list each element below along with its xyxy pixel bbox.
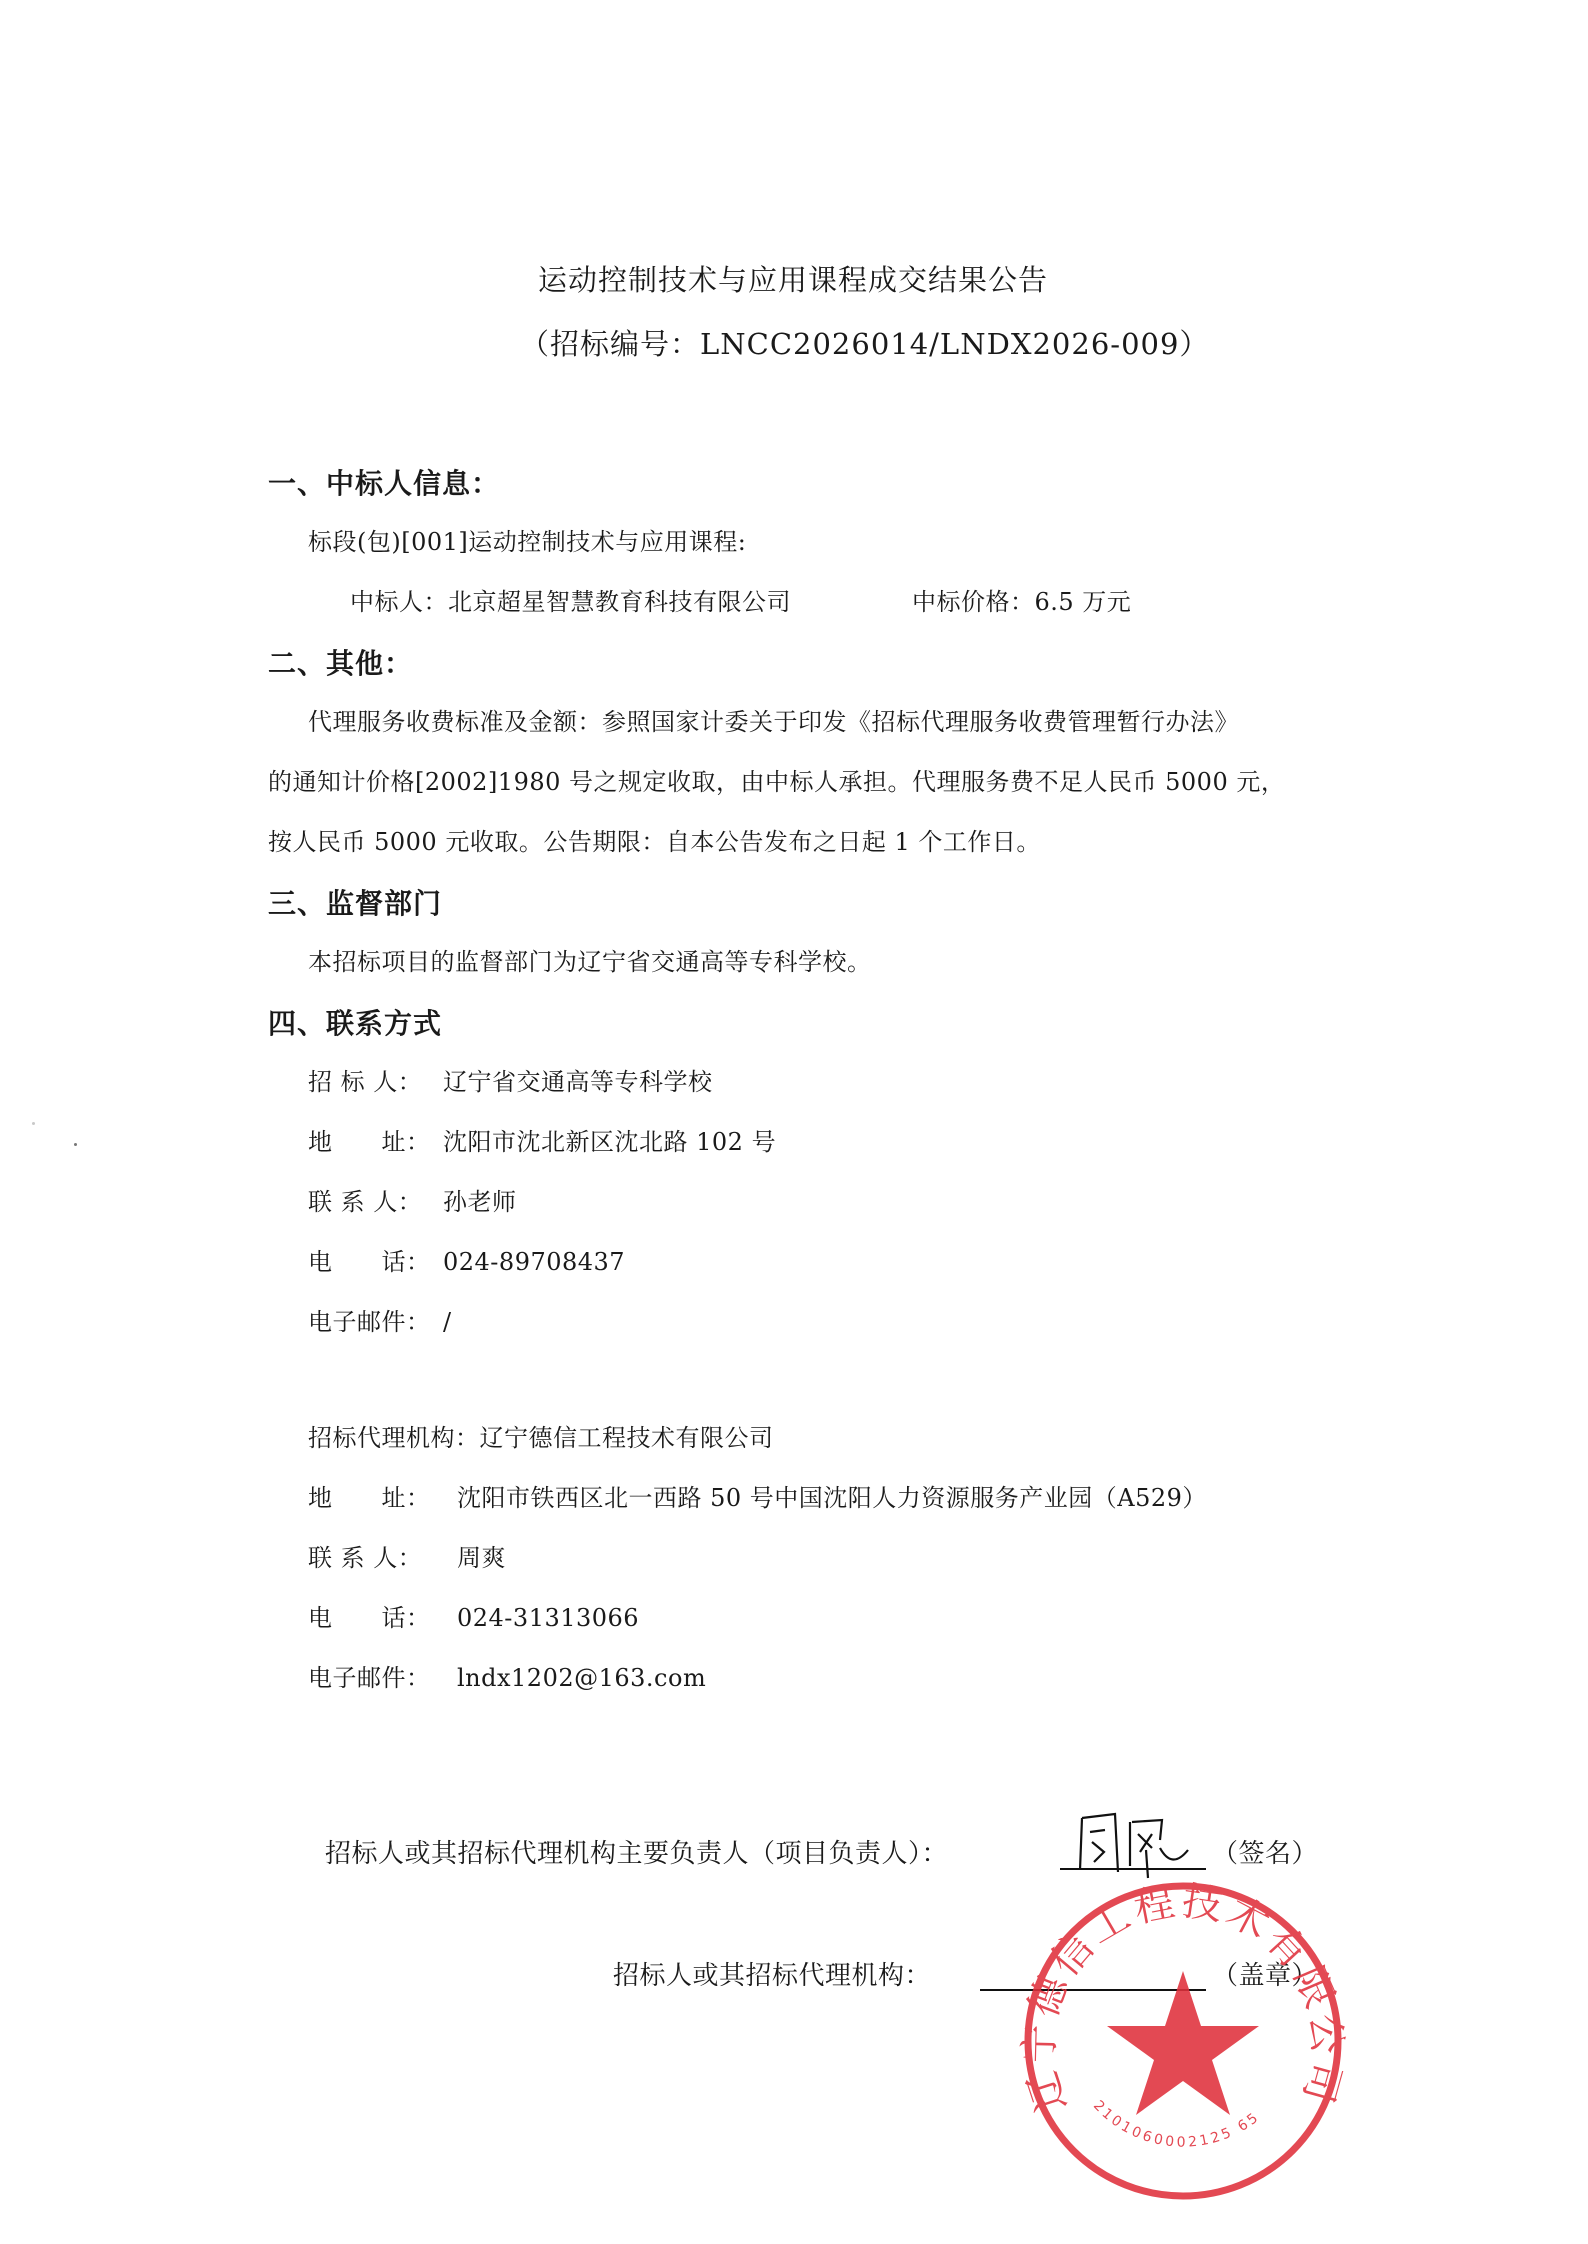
phone-label: 电 话： — [308, 1242, 443, 1277]
agency-address-value: 沈阳市铁西区北一西路 50 号中国沈阳人力资源服务产业园（A529） — [457, 1484, 1207, 1512]
agency-contact-row: 联 系 人：周爽 — [308, 1538, 506, 1573]
section-heading-contact: 四、联系方式 — [268, 1002, 442, 1042]
agency-row: 招标代理机构：辽宁德信工程技术有限公司 — [308, 1418, 774, 1453]
tender-number: （招标编号：LNCC2026014/LNDX2026-009） — [520, 322, 1209, 363]
agency-address-row: 地 址：沈阳市铁西区北一西路 50 号中国沈阳人力资源服务产业园（A529） — [308, 1478, 1207, 1513]
fee-text-line-3: 按人民币 5000 元收取。公告期限：自本公告发布之日起 1 个工作日。 — [268, 822, 1041, 857]
agency-email-label: 电子邮件： — [308, 1658, 457, 1693]
tenderer-value: 辽宁省交通高等专科学校 — [443, 1068, 713, 1096]
agency-phone-row: 电 话：024-31313066 — [308, 1598, 639, 1633]
svg-text:2101060002125 65: 2101060002125 65 — [1090, 2098, 1263, 2151]
section-heading-winner: 一、中标人信息： — [268, 462, 500, 502]
seal-number: 2101060002125 65 — [1090, 2098, 1263, 2151]
scan-speck — [74, 1143, 77, 1146]
tenderer-contact-row: 联 系 人：孙老师 — [308, 1182, 517, 1217]
contact-label: 联 系 人： — [308, 1182, 443, 1217]
winner-row: 中标人：北京超星智慧教育科技有限公司 — [350, 582, 791, 617]
scan-speck — [32, 1122, 35, 1125]
company-seal-icon: 辽宁德信工程技术有限公司 2101060002125 65 — [1018, 1876, 1348, 2206]
email-label: 电子邮件： — [308, 1302, 443, 1337]
signature-suffix: （签名） — [1212, 1833, 1318, 1870]
winner-value: 北京超星智慧教育科技有限公司 — [448, 588, 791, 616]
winner-label: 中标人： — [350, 588, 448, 616]
price-label: 中标价格： — [912, 588, 1035, 616]
agency-value: 辽宁德信工程技术有限公司 — [480, 1424, 774, 1452]
tenderer-address-row: 地 址：沈阳市沈北新区沈北路 102 号 — [308, 1122, 776, 1157]
agency-label: 招标代理机构： — [308, 1424, 480, 1452]
fee-text-line-2: 的通知计价格[2002]1980 号之规定收取，由中标人承担。代理服务费不足人民… — [268, 762, 1285, 797]
price-row: 中标价格：6.5 万元 — [912, 582, 1131, 617]
signature-label: 招标人或其招标代理机构主要负责人（项目负责人）： — [325, 1833, 948, 1870]
tenderer-email-row: 电子邮件：/ — [308, 1302, 452, 1337]
tenderer-row: 招 标 人：辽宁省交通高等专科学校 — [308, 1062, 713, 1097]
lot-info: 标段(包)[001]运动控制技术与应用课程: — [308, 522, 746, 557]
agency-email-value: lndx1202@163.com — [457, 1664, 706, 1692]
agency-address-label: 地 址： — [308, 1478, 457, 1513]
fee-text-line-1: 代理服务收费标准及金额：参照国家计委关于印发《招标代理服务收费管理暂行办法》 — [308, 702, 1239, 737]
agency-email-row: 电子邮件：lndx1202@163.com — [308, 1658, 706, 1693]
address-value: 沈阳市沈北新区沈北路 102 号 — [443, 1128, 776, 1156]
tenderer-phone-row: 电 话：024-89708437 — [308, 1242, 625, 1277]
seal-label: 招标人或其招标代理机构： — [613, 1955, 931, 1992]
contact-value: 孙老师 — [443, 1188, 517, 1216]
agency-contact-value: 周爽 — [457, 1544, 506, 1572]
address-label: 地 址： — [308, 1122, 443, 1157]
tenderer-label: 招 标 人： — [308, 1062, 443, 1097]
price-value: 6.5 万元 — [1035, 588, 1132, 616]
email-value: / — [443, 1308, 452, 1336]
document-title: 运动控制技术与应用课程成交结果公告 — [538, 258, 1048, 299]
agency-phone-value: 024-31313066 — [457, 1604, 639, 1632]
phone-value: 024-89708437 — [443, 1248, 625, 1276]
agency-contact-label: 联 系 人： — [308, 1538, 457, 1573]
agency-phone-label: 电 话： — [308, 1598, 457, 1633]
supervision-text: 本招标项目的监督部门为辽宁省交通高等专科学校。 — [308, 942, 872, 977]
section-heading-other: 二、其他： — [268, 642, 413, 682]
section-heading-supervision: 三、监督部门 — [268, 882, 442, 922]
handwritten-signature — [1060, 1800, 1210, 1880]
